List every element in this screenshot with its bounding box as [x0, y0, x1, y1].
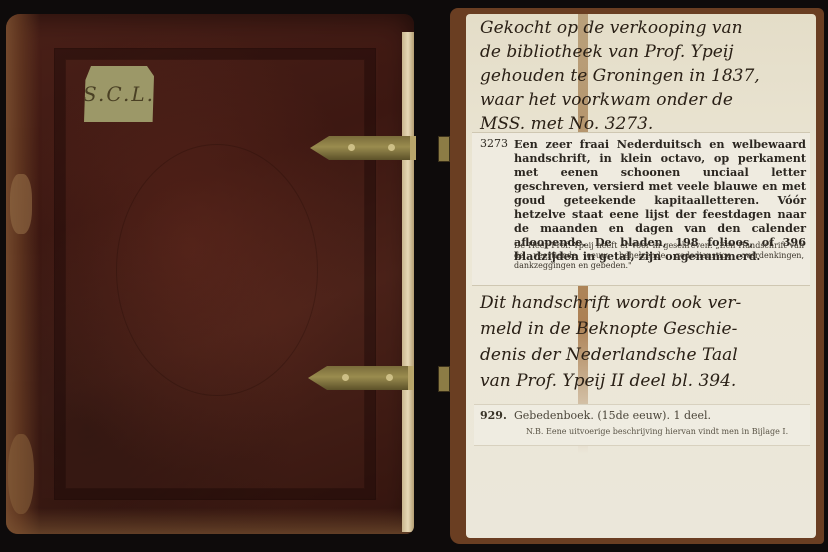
- pastedown-page: Gekocht op de verkooping van de biblioth…: [466, 14, 816, 538]
- label-monogram: S.C.L.: [83, 82, 155, 106]
- gilt-page-edge: [402, 32, 414, 532]
- catalogue-entry-clipping: 929. Gebedenboek. (15de eeuw). 1 deel. N…: [474, 404, 810, 446]
- rivet-icon: [342, 374, 349, 381]
- rivet-icon: [348, 144, 355, 151]
- auction-catalogue-clipping: 3273 Een zeer fraai Nederduitsch en welb…: [472, 132, 810, 286]
- entry-title: Gebedenboek. (15de eeuw). 1 deel.: [514, 409, 711, 422]
- blind-tooled-center-panel: [116, 144, 318, 396]
- handwritten-reference-note: Dit handschrift wordt ook ver- meld in d…: [480, 290, 810, 394]
- note-line: Gekocht op de verkooping van: [480, 16, 810, 40]
- book-front-cover: [6, 14, 414, 534]
- note-line: de bibliotheek van Prof. Ypeij: [480, 40, 810, 64]
- clasp-catch-bottom: [438, 366, 450, 392]
- rivet-icon: [386, 374, 393, 381]
- worn-spine-edge: [6, 14, 40, 534]
- clasp-catch-top: [438, 136, 450, 162]
- note-line: van Prof. Ypeij II deel bl. 394.: [480, 368, 810, 394]
- brass-clasp-bottom: [308, 366, 414, 390]
- note-line: gehouden te Groningen in 1837,: [480, 64, 810, 88]
- handwritten-provenance-note: Gekocht op de verkooping van de biblioth…: [480, 16, 810, 136]
- lot-number: 3273: [480, 137, 508, 150]
- note-line: meld in de Beknopte Geschie-: [480, 316, 810, 342]
- worn-bottom-edge: [6, 508, 414, 534]
- rivet-icon: [388, 144, 395, 151]
- entry-number: 929.: [480, 409, 507, 422]
- entry-note: N.B. Eene uitvoerige beschrijving hierva…: [526, 427, 788, 436]
- cover-paper-label: S.C.L.: [84, 66, 154, 122]
- note-line: Dit handschrift wordt ook ver-: [480, 290, 810, 316]
- lot-footnote: De Heer Prof. Ypeij heeft er voor in ges…: [514, 241, 804, 271]
- note-line: denis der Nederlandsche Taal: [480, 342, 810, 368]
- brass-clasp-top: [310, 136, 416, 160]
- note-line: waar het voorkwam onder de: [480, 88, 810, 112]
